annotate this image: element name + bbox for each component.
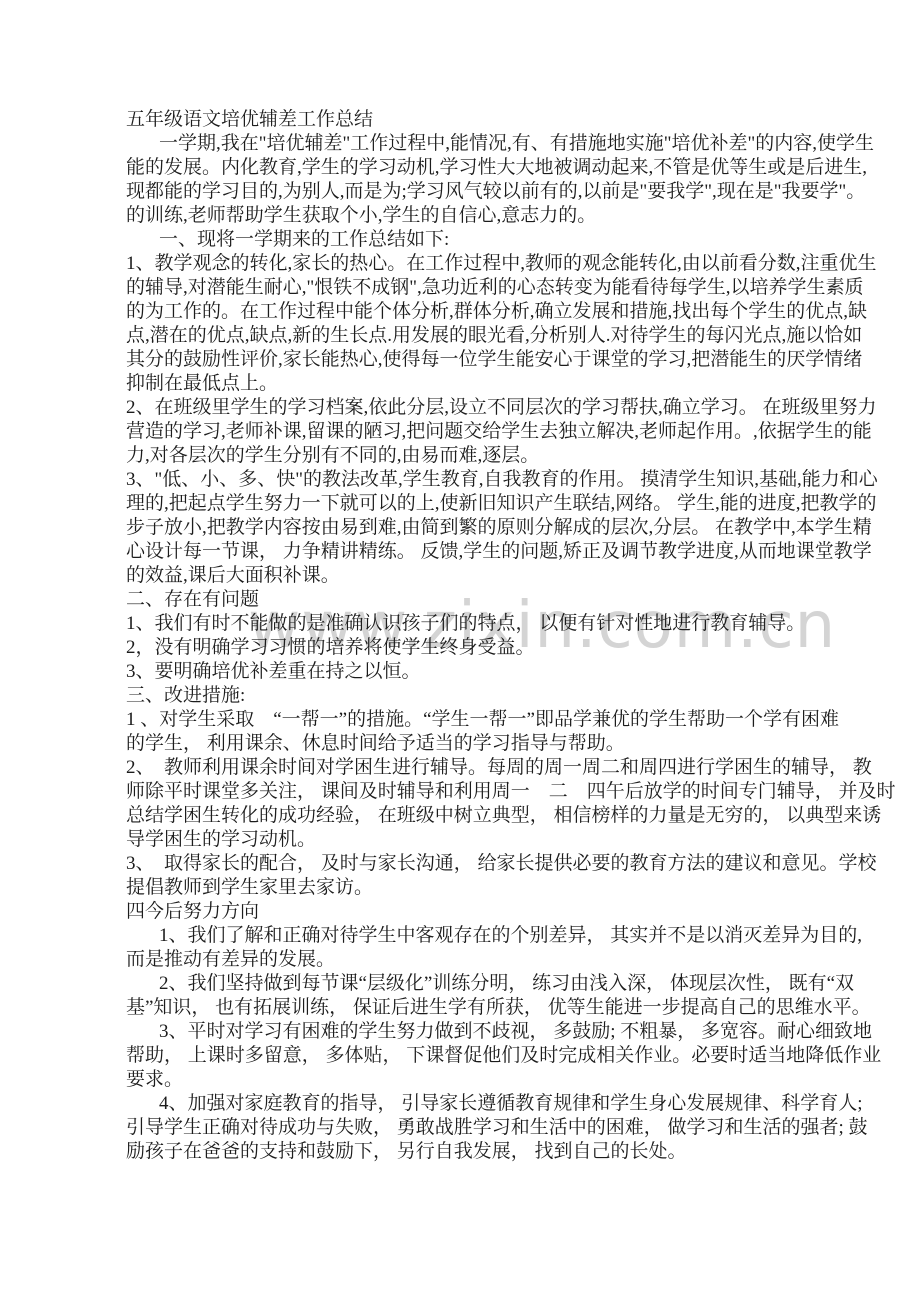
text-line: 2，没有明确学习习惯的培养将使学生终身受益。: [126, 636, 886, 660]
document-page: www.zixin.com.cn 五年级语文培优辅差工作总结 一学期,我在"培优…: [0, 0, 920, 1302]
text-line: 点,潜在的优点,缺点,新的生长点.用发展的眼光看,分析别人.对待学生的每闪光点,…: [126, 324, 886, 348]
text-line: 1、我们有时不能做的是准确认识孩子们的特点， 以便有针对性地进行教育辅导。: [126, 612, 886, 636]
text-line: 四今后努力方向: [126, 900, 886, 924]
text-line: 心设计每一节课， 力争精讲精练。 反馈,学生的问题,矫正及调节教学进度,从而地课…: [126, 540, 886, 564]
text-line: 1、教学观念的转化,家长的热心。在工作过程中,教师的观念能转化,由以前看分数,注…: [126, 252, 886, 276]
text-line: 帮助， 上课时多留意， 多体贴， 下课督促他们及时完成相关作业。必要时适当地降低…: [126, 1044, 886, 1068]
text-line: 二、存在有问题: [126, 588, 886, 612]
text-line: 的训练,老师帮助学生获取个小,学生的自信心,意志力的。: [126, 204, 886, 228]
text-line: 引导学生正确对待成功与失败， 勇敢战胜学习和生活中的困难， 做学习和生活的强者;…: [126, 1116, 886, 1140]
text-line: 3、平时对学习有困难的学生努力做到不歧视， 多鼓励; 不粗暴， 多宽容。耐心细致…: [126, 1020, 886, 1044]
document-lines: 一学期,我在"培优辅差"工作过程中,能情况,有、有措施地实施"培优补差"的内容,…: [126, 132, 886, 1164]
text-line: 2、在班级里学生的学习档案,依此分层,设立不同层次的学习帮扶,确立学习。 在班级…: [126, 396, 886, 420]
text-line: 3、 取得家长的配合， 及时与家长沟通， 给家长提供必要的教育方法的建议和意见。…: [126, 852, 886, 876]
text-line: 要求。: [126, 1068, 886, 1092]
text-line: 3、要明确培优补差重在持之以恒。: [126, 660, 886, 684]
text-line: 理的,把起点学生努力一下就可以的上,使新旧知识产生联结,网络。 学生,能的进度,…: [126, 492, 886, 516]
text-line: 3、"低、小、多、快"的教法改革,学生教育,自我教育的作用。 摸清学生知识,基础…: [126, 468, 886, 492]
text-line: 2、我们坚持做到每节课“层级化”训练分明， 练习由浅入深， 体现层次性， 既有“…: [126, 972, 886, 996]
text-line: 三、改进措施:: [126, 684, 886, 708]
text-line: 师除平时课堂多关注， 课间及时辅导和利用周一 二 四午后放学的时间专门辅导， 并…: [126, 780, 886, 804]
text-line: 的为工作的。在工作过程中能个体分析,群体分析,确立发展和措施,找出每个学生的优点…: [126, 300, 886, 324]
text-line: 力,对各层次的学生分别有不同的,由易而难,逐层。: [126, 444, 886, 468]
text-line: 的学生， 利用课余、休息时间给予适当的学习指导与帮助。: [126, 732, 886, 756]
text-line: 提倡教师到学生家里去家访。: [126, 876, 886, 900]
document-title: 五年级语文培优辅差工作总结: [126, 108, 886, 132]
text-line: 而是推动有差异的发展。: [126, 948, 886, 972]
text-line: 的辅导,对潜能生耐心,"恨铁不成钢",急功近利的心态转变为能看待每学生,以培养学…: [126, 276, 886, 300]
text-line: 基”知识， 也有拓展训练， 保证后进生学有所获， 优等生能进一步提高自己的思维水…: [126, 996, 886, 1020]
text-line: 4、加强对家庭教育的指导， 引导家长遵循教育规律和学生身心发展规律、科学育人;: [126, 1092, 886, 1116]
document-body: 五年级语文培优辅差工作总结 一学期,我在"培优辅差"工作过程中,能情况,有、有措…: [126, 108, 886, 1164]
text-line: 能的发展。内化教育,学生的学习动机,学习性大大地被调动起来,不管是优等生或是后进…: [126, 156, 886, 180]
text-line: 的效益,课后大面积补课。: [126, 564, 886, 588]
text-line: 抑制在最低点上。: [126, 372, 886, 396]
text-line: 励孩子在爸爸的支持和鼓励下， 另行自我发展， 找到自己的长处。: [126, 1140, 886, 1164]
text-line: 导学困生的学习动机。: [126, 828, 886, 852]
text-line: 2、 教师利用课余时间对学困生进行辅导。每周的周一周二和周四进行学困生的辅导， …: [126, 756, 886, 780]
text-line: 1、我们了解和正确对待学生中客观存在的个别差异， 其实并不是以消灭差异为目的,: [126, 924, 886, 948]
text-line: 1 、对学生采取 “一帮一”的措施。“学生一帮一”即品学兼优的学生帮助一个学有困…: [126, 708, 886, 732]
text-line: 其分的鼓励性评价,家长能热心,使得每一位学生能安心于课堂的学习,把潜能生的厌学情…: [126, 348, 886, 372]
text-line: 营造的学习,老师补课,留课的陋习,把问题交给学生去独立解决,老师起作用。,依据学…: [126, 420, 886, 444]
text-line: 总结学困生转化的成功经验， 在班级中树立典型， 相信榜样的力量是无穷的， 以典型…: [126, 804, 886, 828]
text-line: 步子放小,把教学内容按由易到难,由简到繁的原则分解成的层次,分层。 在教学中,本…: [126, 516, 886, 540]
text-line: 一学期,我在"培优辅差"工作过程中,能情况,有、有措施地实施"培优补差"的内容,…: [126, 132, 886, 156]
text-line: 现都能的学习目的,为别人,而是为;学习风气较以前有的,以前是"要我学",现在是"…: [126, 180, 886, 204]
text-line: 一、现将一学期来的工作总结如下:: [126, 228, 886, 252]
